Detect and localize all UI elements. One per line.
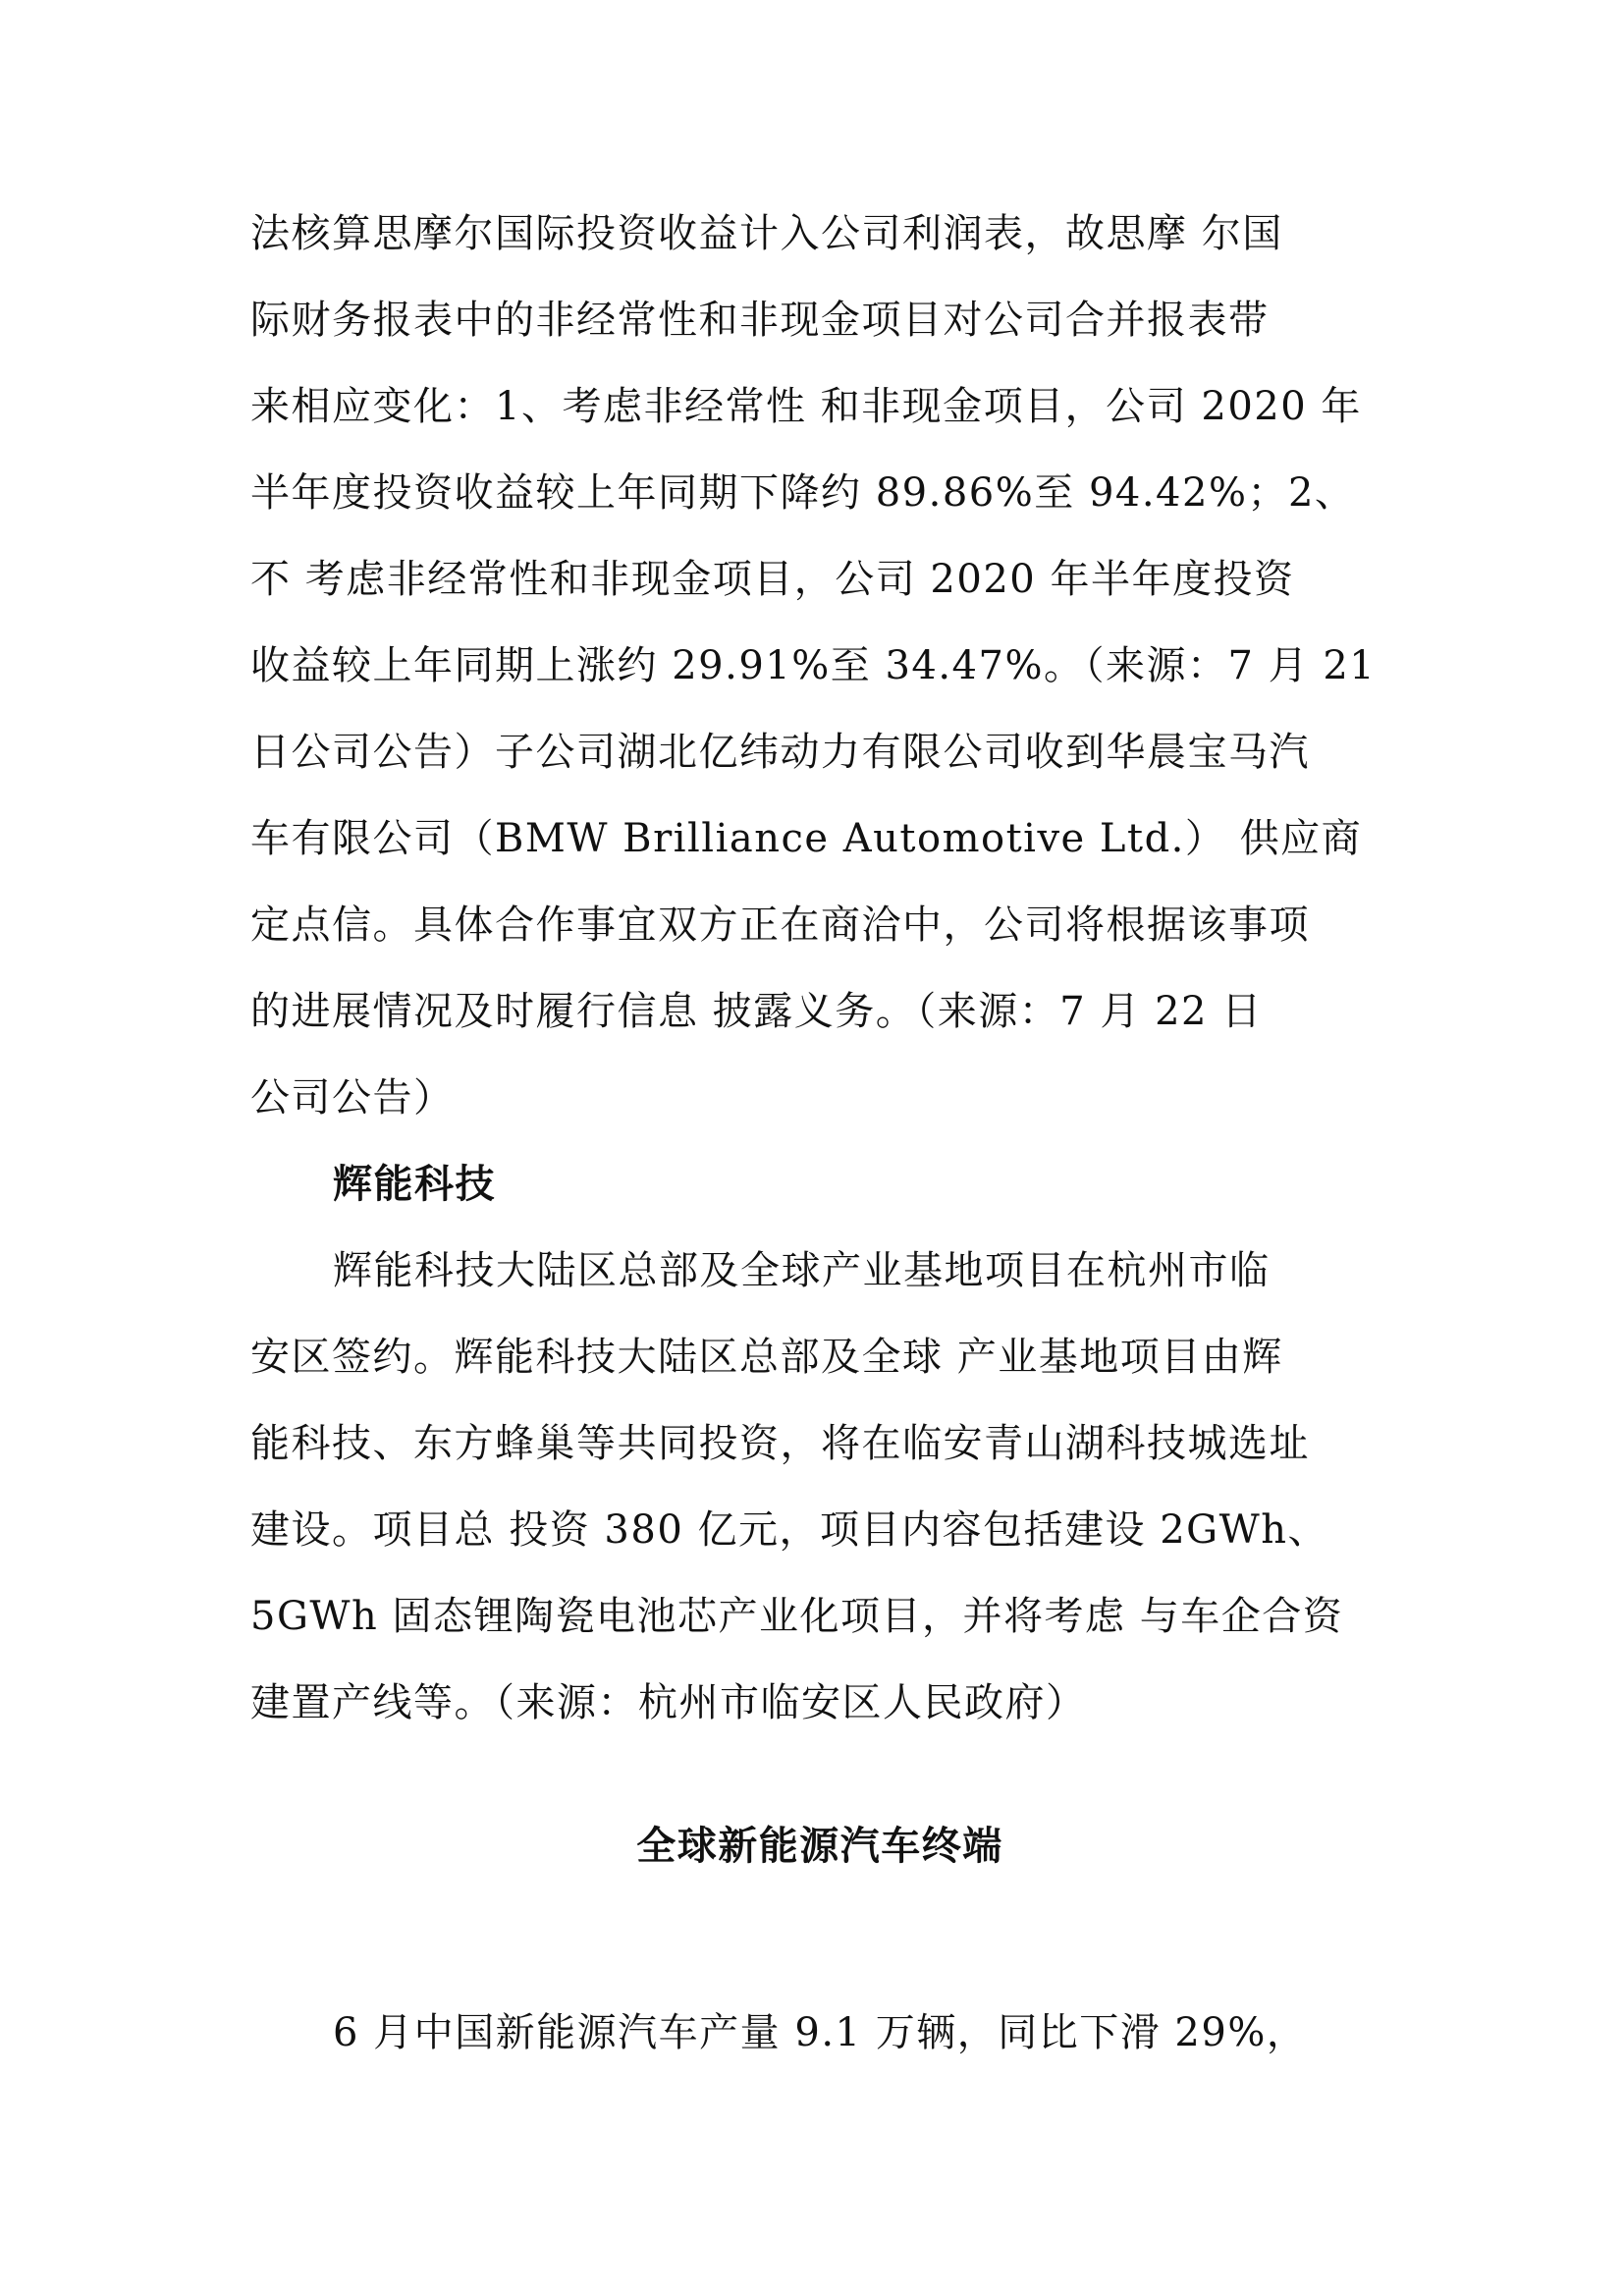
text-line: 建设。项目总 投资 380 亿元，项目内容包括建设 2GWh、 xyxy=(250,1506,1328,1554)
text-line: 来相应变化：1、考虑非经常性 和非现金项目，公司 2020 年 xyxy=(250,383,1362,430)
text-line: 建置产线等。（来源：杭州市临安区人民政府） xyxy=(250,1679,1087,1726)
text-line: 车有限公司（BMW Brilliance Automotive Ltd.） 供应… xyxy=(250,815,1362,862)
text-line: 5GWh 固态锂陶瓷电池芯产业化项目，并将考虑 与车企合资 xyxy=(250,1593,1343,1640)
text-line: 法核算思摩尔国际投资收益计入公司利润表，故思摩 尔国 xyxy=(250,210,1283,257)
text-line: 际财务报表中的非经常性和非现金项目对公司合并报表带 xyxy=(250,297,1270,344)
text-line: 日公司公告）子公司湖北亿纬动力有限公司收到华晨宝马汽 xyxy=(250,729,1310,776)
text-line: 6 月中国新能源汽车产量 9.1 万辆，同比下滑 29%， xyxy=(333,2009,1307,2056)
section-title: 全球新能源汽车终端 xyxy=(250,1823,1389,1870)
text-line: 公司公告） xyxy=(250,1074,455,1121)
text-line: 不 考虑非经常性和非现金项目，公司 2020 年半年度投资 xyxy=(250,556,1294,603)
text-line: 半年度投资收益较上年同期下降约 89.86%至 94.42%；2、 xyxy=(250,469,1355,517)
section-heading: 辉能科技 xyxy=(333,1161,496,1208)
text-line: 收益较上年同期上涨约 29.91%至 34.47%。（来源：7 月 21 xyxy=(250,642,1376,689)
text-line: 能科技、东方蜂巢等共同投资，将在临安青山湖科技城选址 xyxy=(250,1420,1310,1467)
text-line: 安区签约。辉能科技大陆区总部及全球 产业基地项目由辉 xyxy=(250,1334,1283,1381)
text-line: 定点信。具体合作事宜双方正在商洽中，公司将根据该事项 xyxy=(250,902,1310,949)
text-line: 辉能科技大陆区总部及全球产业基地项目在杭州市临 xyxy=(333,1247,1271,1294)
text-line: 的进展情况及时履行信息 披露义务。（来源：7 月 22 日 xyxy=(250,988,1263,1035)
